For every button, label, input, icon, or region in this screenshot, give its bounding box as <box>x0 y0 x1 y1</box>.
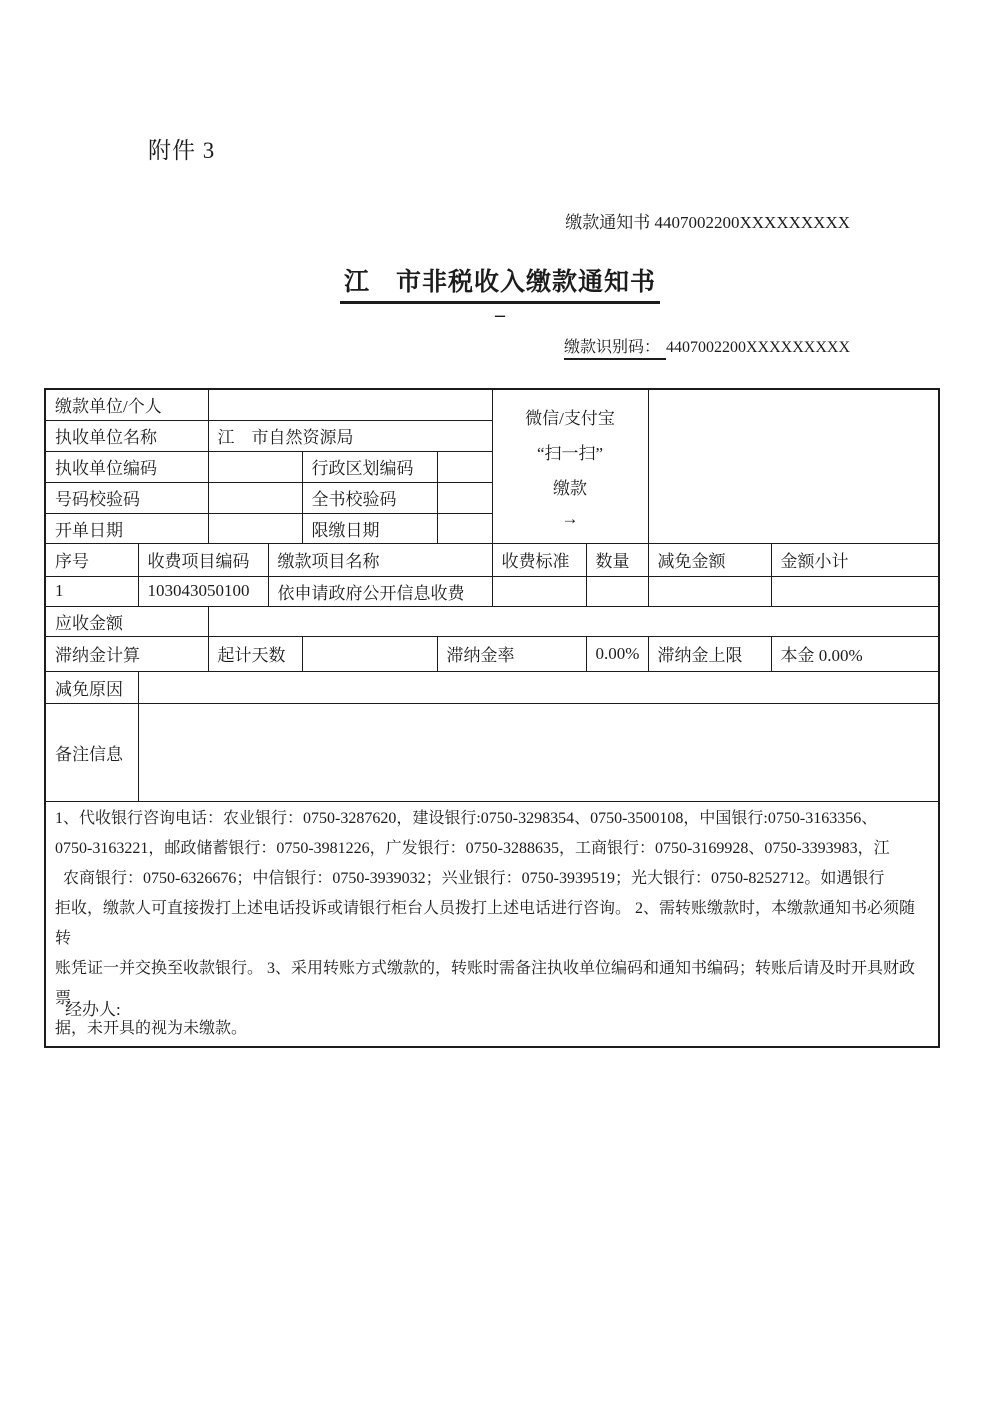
payment-notice-page: 附件 3 缴款通知书 4407002200XXXXXXXXX 江 市非税收入缴款… <box>0 0 1000 1414</box>
late-fee-cap-value: 本金 0.00% <box>771 636 939 671</box>
agency-code-value-cell <box>208 451 302 482</box>
receivable-label: 应收金额 <box>45 606 208 636</box>
notes-line: 拒收，缴款人可直接拨打上述电话投诉或请银行柜台人员拨打上述电话进行咨询。 2、需… <box>55 894 929 954</box>
payment-id-label: 缴款识别码： <box>564 339 666 360</box>
item-row: 1 103043050100 依申请政府公开信息收费 <box>45 576 939 606</box>
wechat-pay-line: 缴款 <box>553 474 587 499</box>
header-subtotal: 金额小计 <box>771 543 939 576</box>
row-payer: 缴款单位/个人 微信/支付宝 “扫一扫” 缴款 → <box>45 389 939 420</box>
header-reduction-amount: 减免金额 <box>648 543 771 576</box>
attachment-label: 附件 3 <box>148 132 215 165</box>
issue-date-label: 开单日期 <box>45 513 208 543</box>
item-reduction-amount <box>648 576 771 606</box>
header-quantity: 数量 <box>586 543 648 576</box>
items-header-row: 序号 收费项目编码 缴款项目名称 收费标准 数量 减免金额 金额小计 <box>45 543 939 576</box>
remark-row: 备注信息 <box>45 703 939 801</box>
notes-line: 农商银行：0750-6326676；中信银行：0750-3939032；兴业银行… <box>55 864 929 894</box>
document-title: 江 市非税收入缴款通知书 <box>340 262 660 304</box>
late-fee-rate-value: 0.00% <box>586 636 648 671</box>
qr-code-area <box>648 389 939 543</box>
late-fee-row: 滞纳金计算 起计天数 滞纳金率 0.00% 滞纳金上限 本金 0.00% <box>45 636 939 671</box>
district-code-value-cell <box>437 451 492 482</box>
title-row: 江 市非税收入缴款通知书 <box>0 262 1000 304</box>
agency-name-value: 江 市自然资源局 <box>208 420 492 451</box>
late-fee-days-label: 起计天数 <box>208 636 302 671</box>
late-fee-cap-label: 滞纳金上限 <box>648 636 771 671</box>
reduction-reason-label: 减免原因 <box>45 671 138 703</box>
item-fee-standard <box>492 576 586 606</box>
receivable-value-cell <box>208 606 939 636</box>
item-name: 依申请政府公开信息收费 <box>268 576 492 606</box>
arrow-right-icon: → <box>562 509 579 529</box>
notes-cell: 1、代收银行咨询电话：农业银行：0750-3287620，建设银行:0750-3… <box>45 801 939 1047</box>
item-seq: 1 <box>45 576 138 606</box>
notes-line: 0750-3163221，邮政储蓄银行：0750-3981226，广发银行：07… <box>55 834 929 864</box>
operator-label: 经办人: <box>65 995 121 1020</box>
agency-name-label: 执收单位名称 <box>45 420 208 451</box>
wechat-pay-text: 微信/支付宝 “扫一扫” 缴款 → <box>502 394 639 539</box>
district-code-label: 行政区划编码 <box>302 451 437 482</box>
due-date-label: 限缴日期 <box>302 513 437 543</box>
issue-date-value-cell <box>208 513 302 543</box>
late-fee-days-value-cell <box>302 636 437 671</box>
receivable-row: 应收金额 <box>45 606 939 636</box>
wechat-pay-cell: 微信/支付宝 “扫一扫” 缴款 → <box>492 389 648 543</box>
title-dash: – <box>0 304 1000 327</box>
reduction-reason-row: 减免原因 <box>45 671 939 703</box>
notes-line: 账凭证一并交换至收款银行。 3、采用转账方式缴款的，转账时需备注执收单位编码和通… <box>55 954 929 1014</box>
number-check-label: 号码校验码 <box>45 482 208 513</box>
header-seq: 序号 <box>45 543 138 576</box>
reduction-reason-value-cell <box>138 671 939 703</box>
item-code: 103043050100 <box>138 576 268 606</box>
due-date-value-cell <box>437 513 492 543</box>
item-quantity <box>586 576 648 606</box>
wechat-pay-line: “扫一扫” <box>537 439 603 464</box>
notes-line: 1、代收银行咨询电话：农业银行：0750-3287620，建设银行:0750-3… <box>55 804 929 834</box>
payment-id-line: 缴款识别码：4407002200XXXXXXXXX <box>564 334 850 357</box>
book-check-value-cell <box>437 482 492 513</box>
number-check-value-cell <box>208 482 302 513</box>
notice-number: 缴款通知书 4407002200XXXXXXXXX <box>565 208 850 233</box>
payment-id-value: 4407002200XXXXXXXXX <box>666 339 850 356</box>
item-subtotal <box>771 576 939 606</box>
header-fee-standard: 收费标准 <box>492 543 586 576</box>
header-item-code: 收费项目编码 <box>138 543 268 576</box>
notes-line: 据，未开具的视为未缴款。 <box>55 1014 929 1044</box>
payer-label: 缴款单位/个人 <box>45 389 208 420</box>
late-fee-rate-label: 滞纳金率 <box>437 636 586 671</box>
agency-code-label: 执收单位编码 <box>45 451 208 482</box>
late-fee-label: 滞纳金计算 <box>45 636 208 671</box>
remark-value-cell <box>138 703 939 801</box>
header-item-name: 缴款项目名称 <box>268 543 492 576</box>
payment-form-table: 缴款单位/个人 微信/支付宝 “扫一扫” 缴款 → 执收单位名称 江 市自然资源… <box>44 388 940 1048</box>
notes-row: 1、代收银行咨询电话：农业银行：0750-3287620，建设银行:0750-3… <box>45 801 939 1047</box>
book-check-label: 全书校验码 <box>302 482 437 513</box>
wechat-pay-line: 微信/支付宝 <box>525 404 615 429</box>
remark-label: 备注信息 <box>45 703 138 801</box>
payer-value-cell <box>208 389 492 420</box>
